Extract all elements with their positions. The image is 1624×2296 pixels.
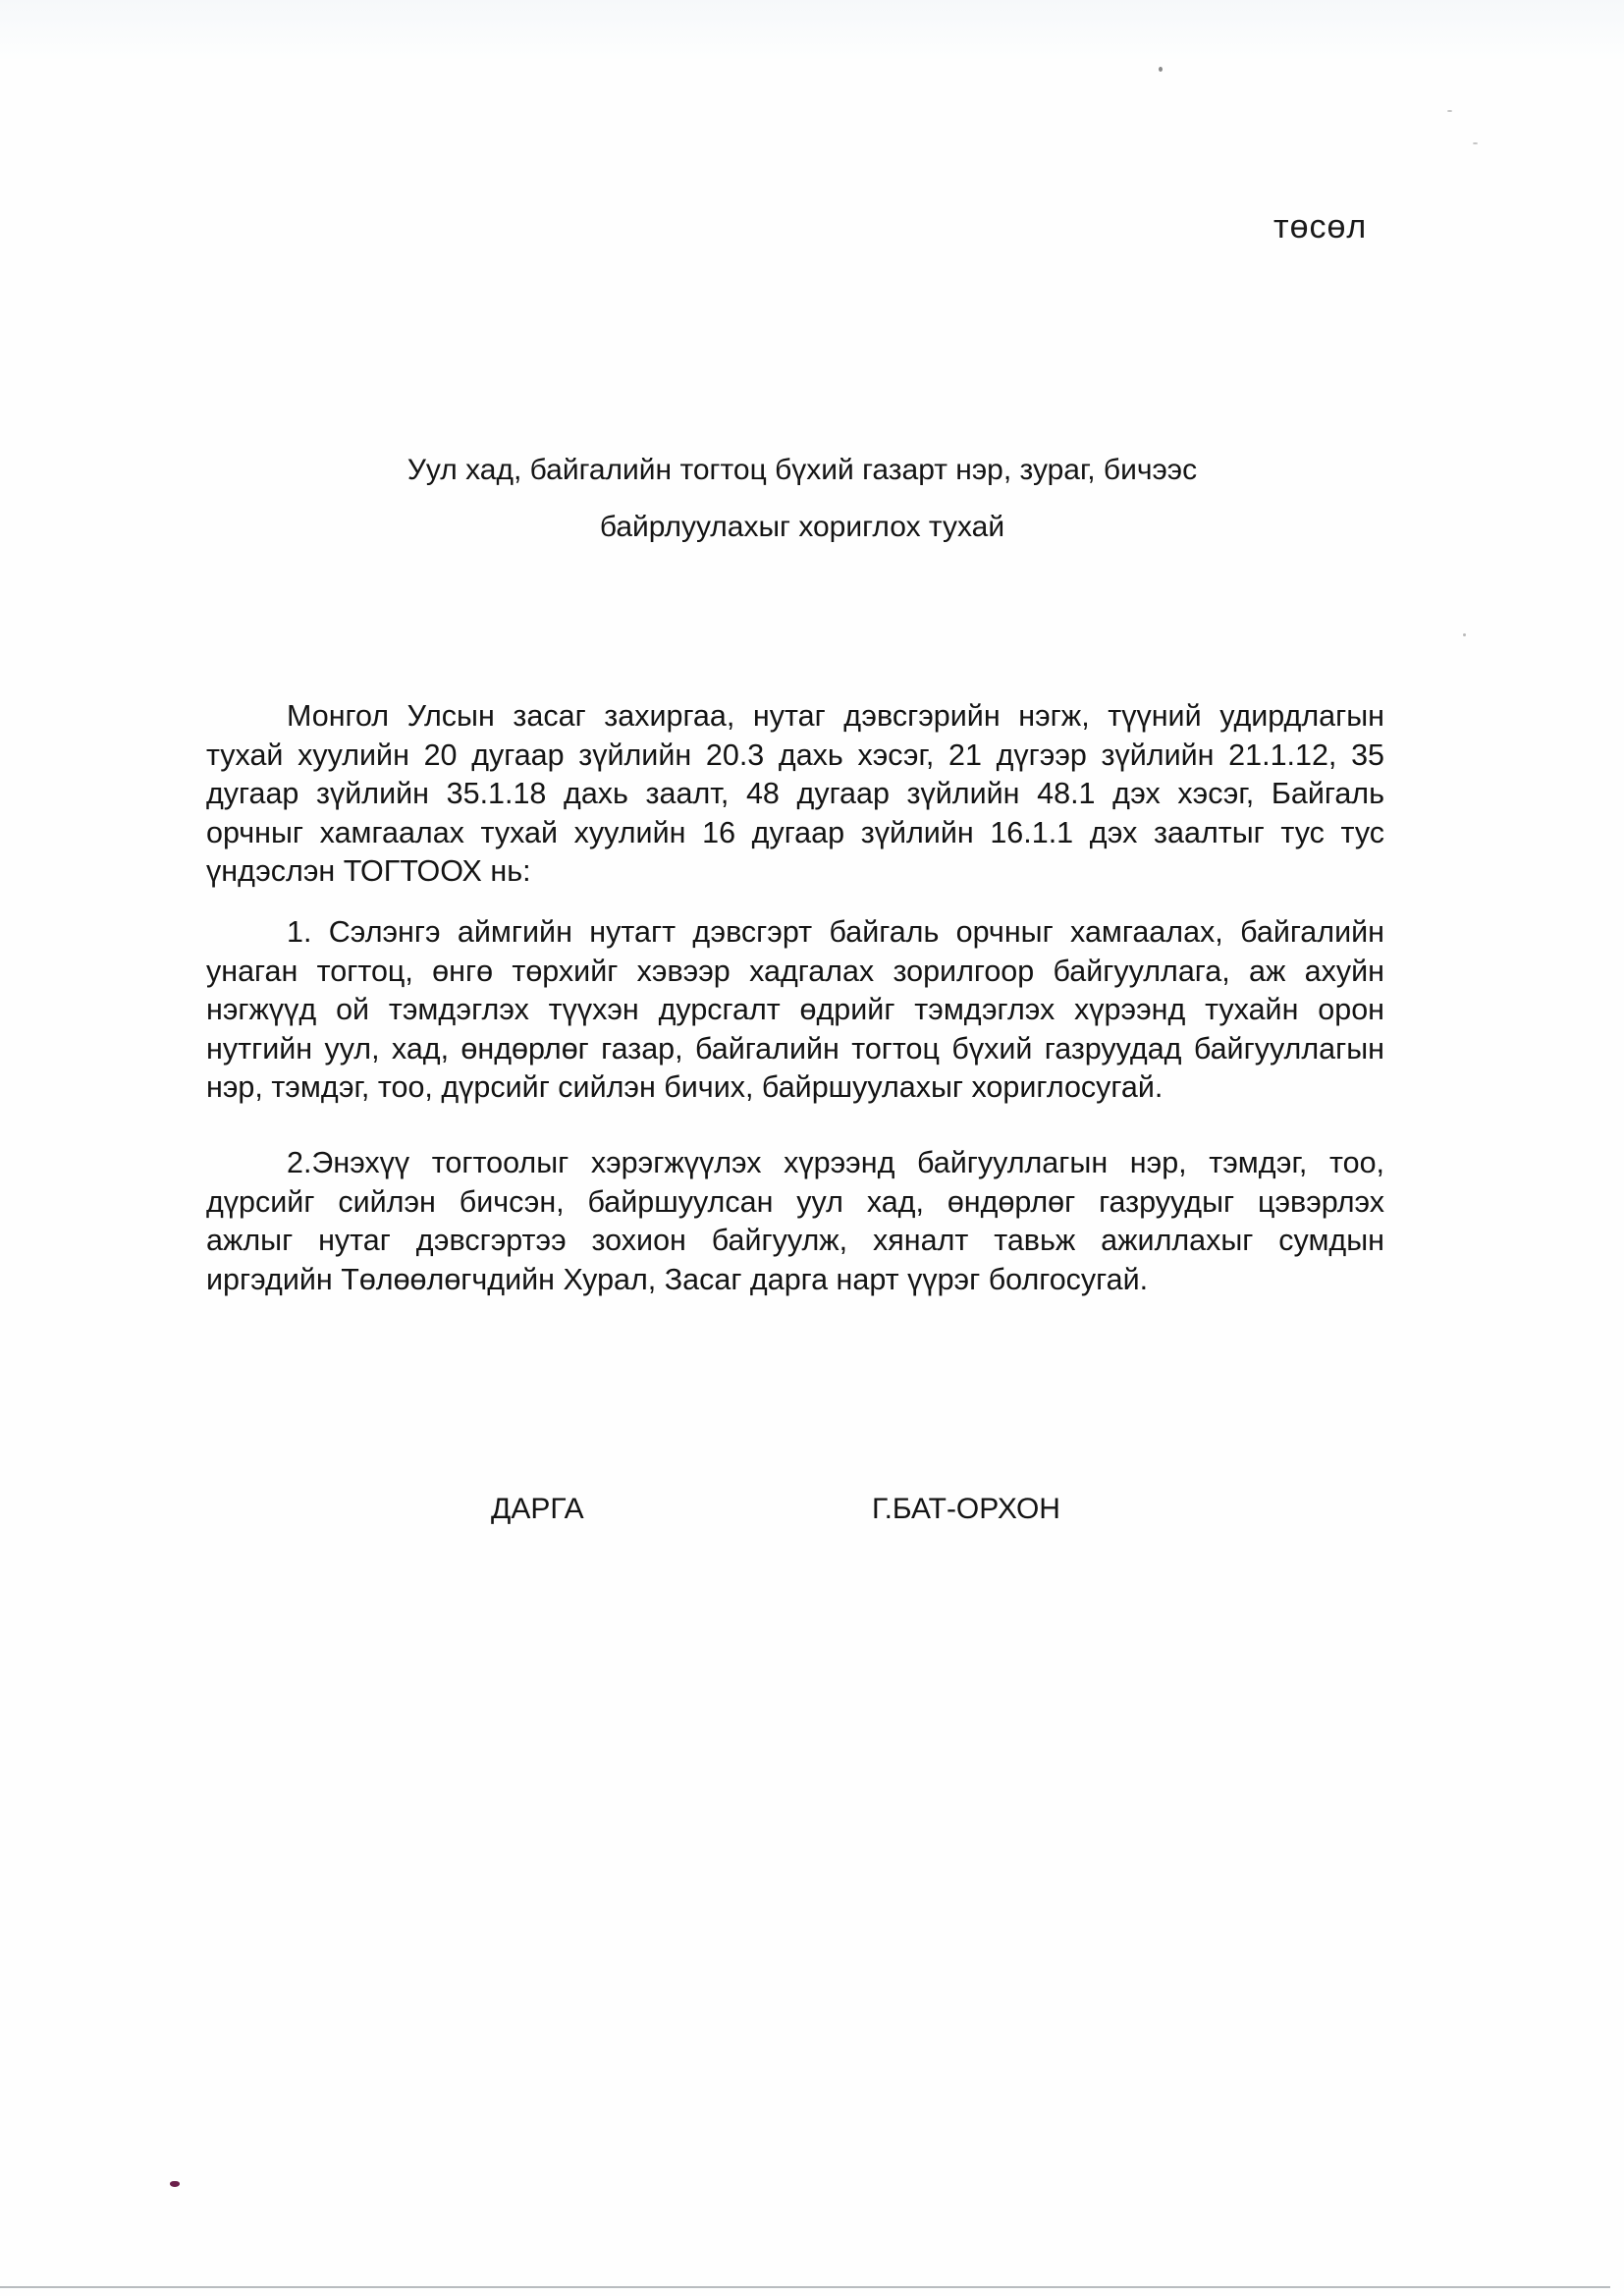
resolution-item-1: 1. Сэлэнгэ аймгийн нутагт дэвсгэрт байга… [206, 913, 1384, 1108]
signature-name: Г.БАТ-ОРХОН [872, 1493, 1060, 1526]
item-line: 2.Энэхүү тогтоолыг хэрэгжүүлэх хүрээнд б… [206, 1144, 1384, 1183]
item-line: нутгийн уул, хад, өндөрлөг газар, байгал… [206, 1030, 1384, 1069]
item-line: нэгжүүд ой тэмдэглэх түүхэн дурсгалт өдр… [206, 991, 1384, 1030]
preamble-paragraph: Монгол Улсын засаг захиргаа, нутаг дэвсг… [206, 697, 1384, 892]
scan-speck [1447, 110, 1452, 112]
item-line: унаган тогтоц, өнгө төрхийг хэвээр хадга… [206, 953, 1384, 992]
preamble-line: тухай хуулийн 20 дугаар зүйлийн 20.3 дах… [206, 737, 1384, 776]
scanned-page: төсөл Уул хад, байгалийн тогтоц бүхий га… [0, 0, 1624, 2296]
draft-label: төсөл [1273, 208, 1367, 246]
signature-title: ДАРГА [491, 1493, 584, 1526]
scanner-tint [0, 0, 1624, 59]
scan-speck [1473, 142, 1478, 144]
item-line: дүрсийг сийлэн бичсэн, байршуулсан уул х… [206, 1183, 1384, 1223]
document-title-line-1: Уул хад, байгалийн тогтоц бүхий газарт н… [0, 454, 1614, 487]
preamble-line: дугаар зүйлийн 35.1.18 дахь заалт, 48 ду… [206, 775, 1384, 814]
preamble-line: орчныг хамгаалах тухай хуулийн 16 дугаар… [206, 814, 1384, 853]
preamble-line: Монгол Улсын засаг захиргаа, нутаг дэвсг… [206, 697, 1384, 737]
item-line: нэр, тэмдэг, тоо, дүрсийг сийлэн бичих, … [206, 1068, 1384, 1108]
scan-speck [1463, 633, 1466, 636]
scan-speck [1159, 67, 1163, 72]
item-line: ажлыг нутаг дэвсгэртээ зохион байгуулж, … [206, 1222, 1384, 1261]
scanner-edge-line [0, 2286, 1610, 2288]
document-title-line-2: байрлуулахыг хориглох тухай [0, 511, 1614, 544]
ink-mark [170, 2181, 180, 2187]
resolution-item-2: 2.Энэхүү тогтоолыг хэрэгжүүлэх хүрээнд б… [206, 1144, 1384, 1299]
preamble-line: үндэслэн ТОГТООХ нь: [206, 852, 1384, 892]
item-line: иргэдийн Төлөөлөгчдийн Хурал, Засаг дарг… [206, 1261, 1384, 1300]
item-line: 1. Сэлэнгэ аймгийн нутагт дэвсгэрт байга… [206, 913, 1384, 953]
